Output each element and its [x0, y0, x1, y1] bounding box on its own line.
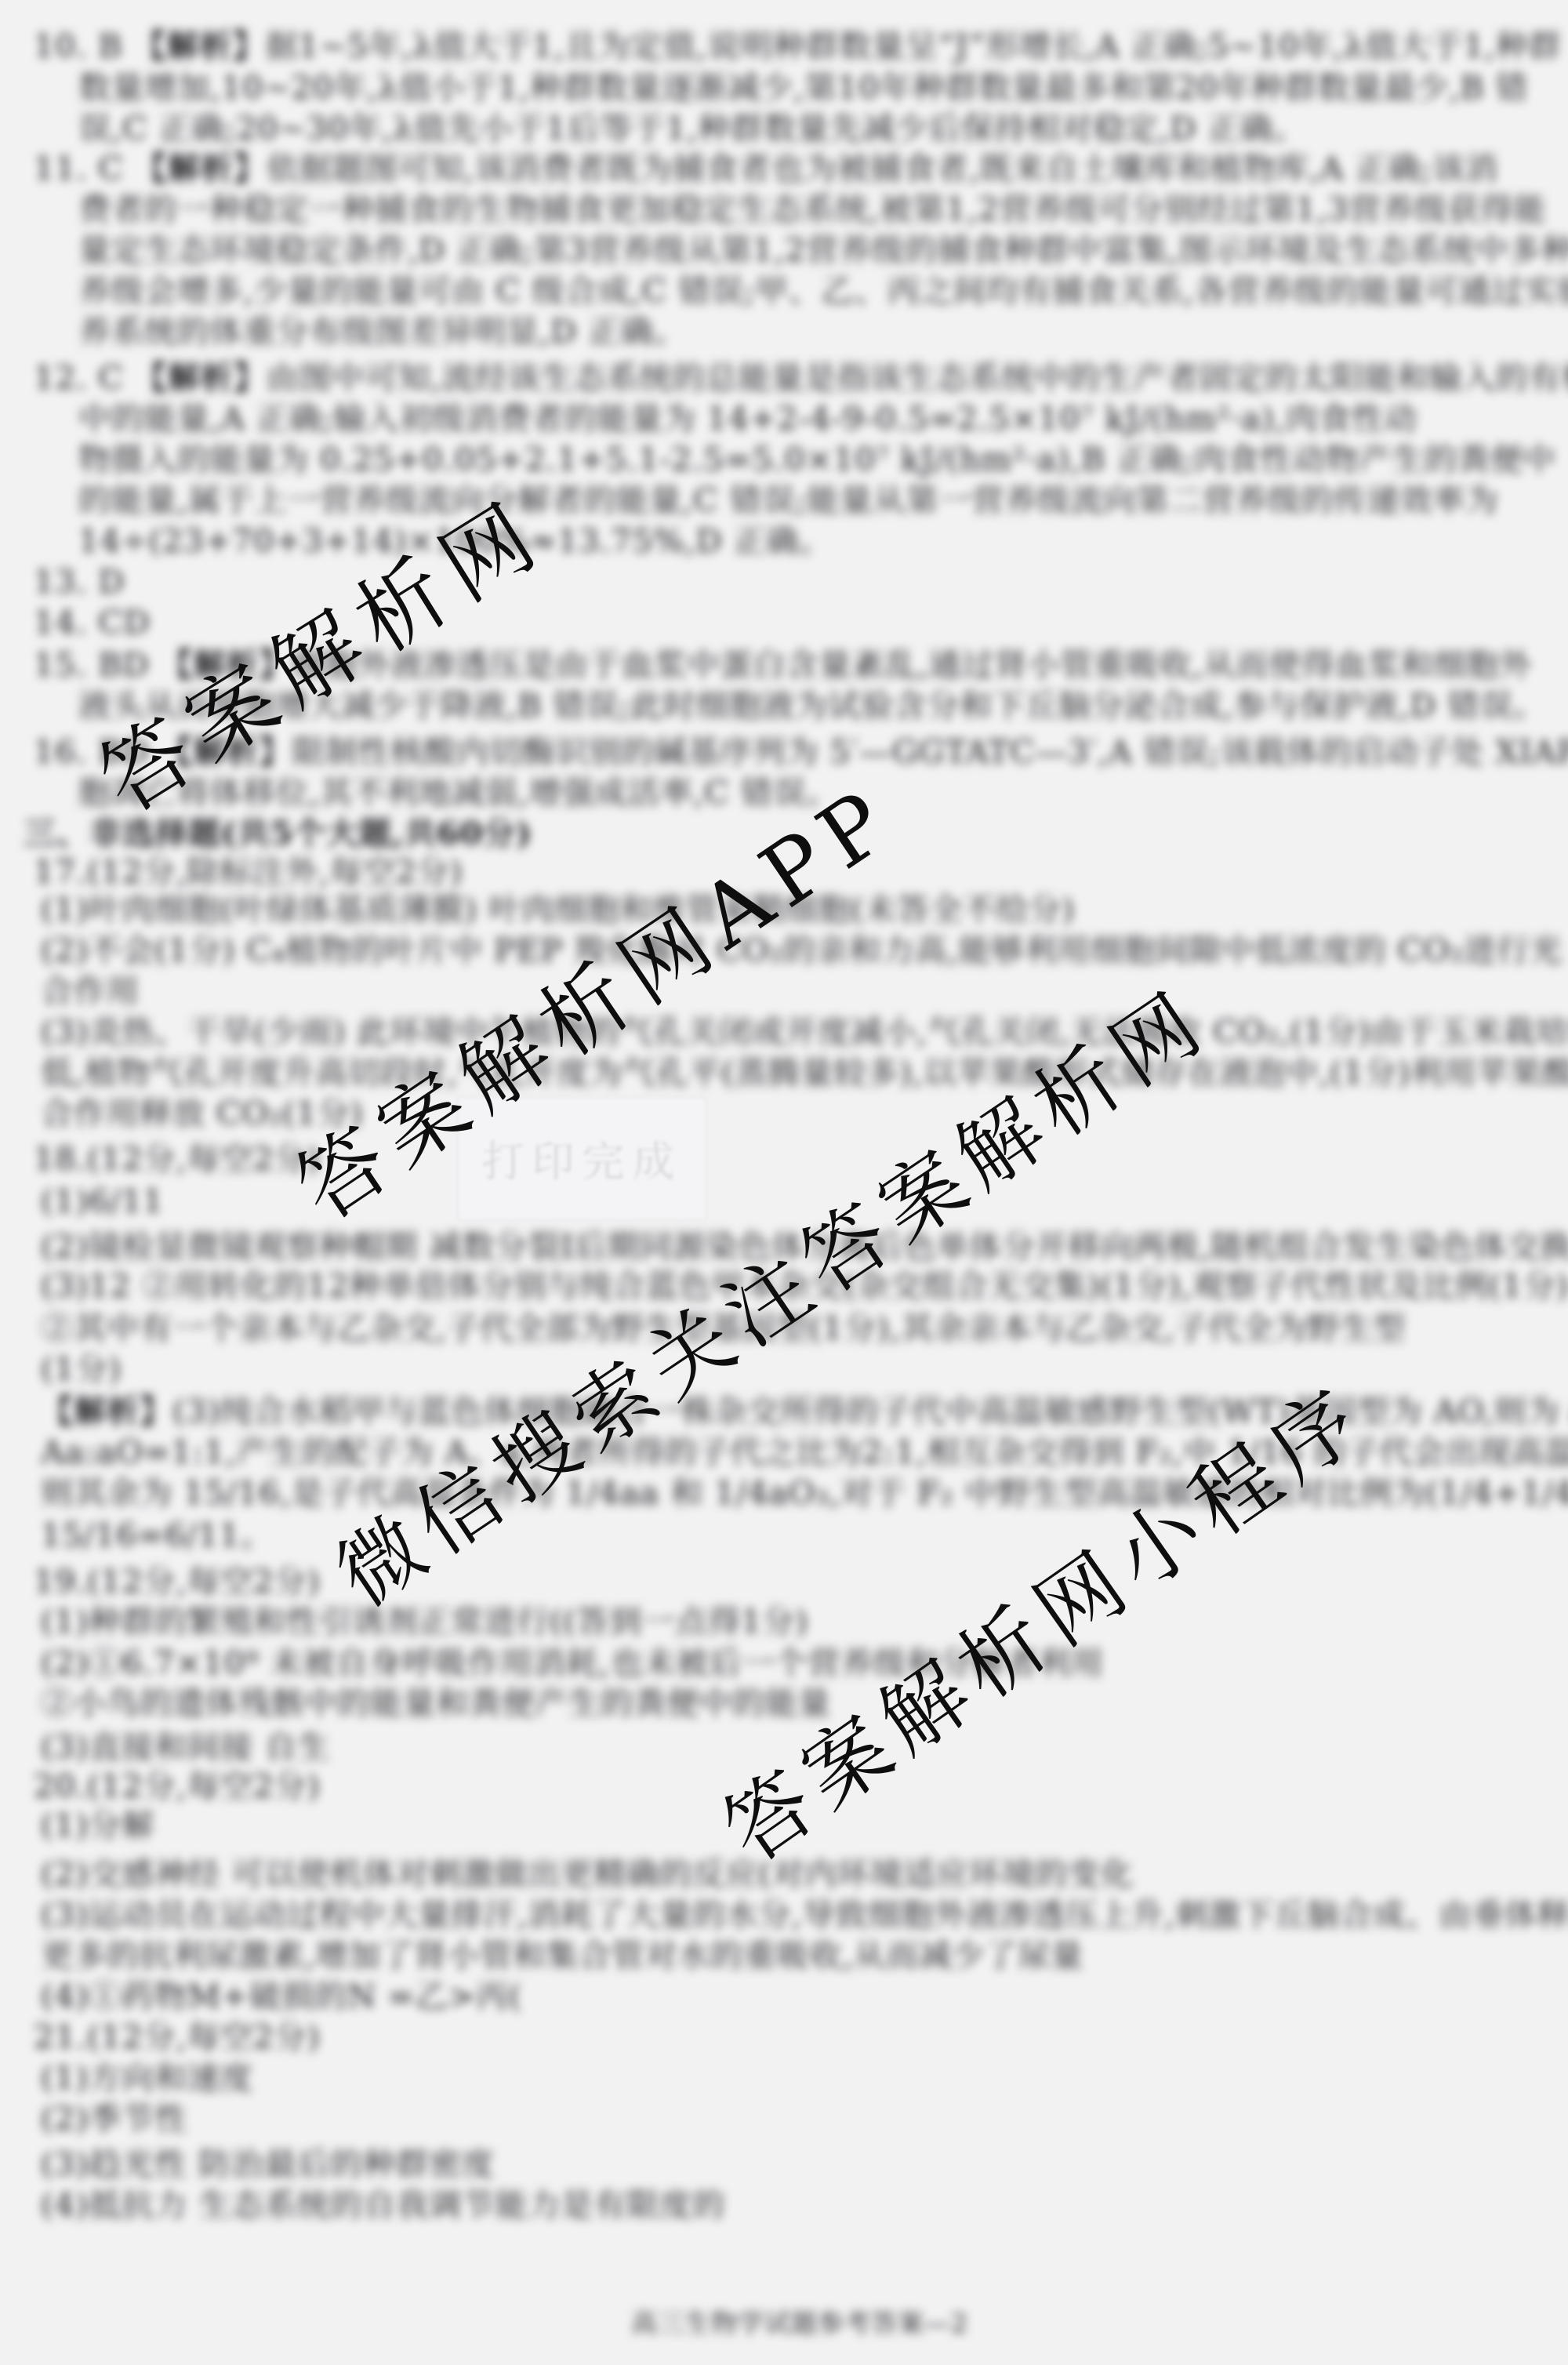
text-line: (1)分解: [41, 1805, 154, 1846]
text-line: (3)运动员在运动过程中大量排汗,消耗了大量的水分,导致细胞外液渗透压上升,刺激…: [41, 1895, 1568, 1935]
page-footer: 高三生物学试题参考答案—2: [631, 2303, 968, 2344]
text-line: (2)镜检显微镜观察种帽期 减数分裂Ⅰ后期同源染色体分离后色单体分开移向两极,随…: [41, 1226, 1568, 1267]
text-line: 误,C 正确;20~30年,λ值先小于1后等于1,种群数量先减少后保持相对稳定,…: [78, 108, 1306, 149]
text-line: 数量增加,10~20年,λ值小于1,种群数量逐渐减少,第10年种群数量最多和第2…: [78, 67, 1528, 108]
text-line: Aa:aO=1:1,产生的配子为 A、a,两者所得的子代之比为2:1,相互杂交得…: [41, 1432, 1568, 1473]
text-line: 20.(12分,每空2分): [34, 1766, 320, 1807]
text-line: 量定生态环境稳定条件,D 正确;第3营养级从第1,2营养级的捕食种群中富集,图示…: [78, 230, 1568, 271]
text-line: (1)种群的繁殖和性引诱剂正常进行((答到一点得1分): [41, 1601, 808, 1642]
text-line: 费者的一种稳定一种捕食的生物捕食更加稳定生态系统,被第1,2营养级可分别经过第1…: [78, 189, 1546, 230]
text-line: (1)方向和速度: [41, 2058, 253, 2098]
text-line: 14÷(23+70+3+14)×100%≈13.75%,D 正确。: [78, 521, 832, 561]
text-line: 15. BD 【解析】细胞外液渗透压是由于血浆中蛋白含量紊乱,通过肾小管重吸收,…: [34, 645, 1532, 685]
text-line: 【解析】(3)纯合水稻甲与蓝色体细胞融合一株杂交所得的子代中高温敏感野生型(WT…: [41, 1391, 1568, 1432]
exam-answer-page: 10. B 【解析】据1~5年,λ值大于1,且为定值,说明种群数量呈“J”形增长…: [0, 0, 1568, 2365]
text-line: 17.(12分,除标注外,每空2分): [34, 852, 463, 892]
text-line: 15/16=6/11。: [41, 1515, 274, 1556]
text-line: 12. C 【解析】由图中可知,流经该生态系统的总能量是指该生态系统中的生产者固…: [34, 358, 1568, 398]
text-line: 合作用: [41, 971, 140, 1012]
text-line: (2)①6.7×10⁹ 未被自身呼吸作用消耗,也未被后一个营养级和分解者利用: [41, 1643, 1104, 1684]
text-line: 则其余为 15/16,是子代高温条件为 1/4aa 和 1/4aO₃,对于 F₂…: [41, 1473, 1568, 1513]
text-line: 液头从而使胞增大减少于降液,B 错误;此时细胞液为试验含分和下丘脑分泌合成,参与…: [78, 685, 1546, 726]
text-line: 10. B 【解析】据1~5年,λ值大于1,且为定值,说明种群数量呈“J”形增长…: [34, 26, 1562, 67]
text-line: 中的能量,A 正确;输入初级消费者的能量为 14+2-4-9-0.5=2.5×1…: [78, 398, 1417, 439]
text-line: 胞凋亡将体移位,其不利地减弱,增强成活率,C 错误。: [78, 772, 840, 813]
print-stamp: 打印完成: [457, 1096, 707, 1221]
text-line: (3)炎热、干旱(少雨) 此环境中午植物的气孔关闭或开度减小,气孔关闭,无法吸收…: [41, 1012, 1568, 1052]
text-line: 11. C 【解析】依据题图可知,该消费者既为捕食者也为被捕食者,既来自土壤库和…: [34, 148, 1498, 189]
text-line: 16. BD 【解析】限制性核酸内切酶识别的碱基序列为 5′—GGTATC—3′…: [34, 732, 1568, 772]
text-line: (2)季节性: [41, 2098, 187, 2139]
blurred-answer-text: 10. B 【解析】据1~5年,λ值大于1,且为定值,说明种群数量呈“J”形增长…: [0, 0, 1568, 2365]
text-line: (2)交感神经 可以使机体对刺激做出更精确的反应(对内环境适应环境的变化: [41, 1854, 1134, 1895]
text-line: 养级会增多,少量的能量可由 C 级合成,C 错误;甲、乙、丙之间均有捕食关系,各…: [78, 271, 1568, 311]
text-line: (3)12 ②用转化的12种单倍体分别与纯合蓝色甲本杂交(杂交组合无交集)(1分…: [41, 1266, 1568, 1306]
text-line: (3)趋光性 防治最后的种群密度: [41, 2144, 495, 2185]
text-line: (2)不会(1分) C₄植物的叶片中 PEP 羧化酶对 CO₂的亲和力高,能够利…: [41, 930, 1563, 971]
text-line: 三、非选择题(共5个大题,共60分): [24, 813, 532, 854]
text-line: ②其中有一个亲本与乙杂交,子代全部为野生型基因型(1分),其余亲本与乙杂交,子代…: [41, 1308, 1406, 1349]
text-line: (4)抵抗力 生态系统的自我调节能力是有限度的: [41, 2185, 725, 2225]
text-line: ②小鸟的遗体残骸中的能量和粪便产生的粪便中的能量: [41, 1683, 831, 1724]
text-line: (4)①药物M+破损的N =乙>丙(: [41, 1976, 522, 2017]
text-line: (1)叶肉细胞(叶绿体基质薄膜) 叶肉细胞和维管束鞘细胞(未答全不给分): [41, 889, 1075, 930]
text-line: 合作用释放 CO₂(1分): [41, 1093, 364, 1134]
text-line: 更多的抗利尿激素,增加了肾小管和集合管对水的重吸收,从而减少了尿量: [41, 1935, 1083, 1976]
print-stamp-label: 打印完成: [482, 1128, 683, 1189]
text-line: 14. CD: [34, 602, 150, 643]
text-line: 养系统的体重分布级图差异明显,D 正确。: [78, 311, 687, 352]
text-line: 低,植物气孔开度升高切段时,气孔开度为气孔平(蒸腾量较多),以苹果酸形式储存在液…: [41, 1052, 1568, 1093]
text-line: (1)6/11: [41, 1181, 164, 1222]
text-line: (1分): [41, 1349, 122, 1390]
text-line: 19.(12分,每空2分): [34, 1561, 320, 1602]
text-line: 的能量,属于上一营养级流向分解者的能量,C 错误;能量从第一营养级流向第二营养级…: [78, 480, 1498, 521]
text-line: (3)直接和间接 自生: [41, 1727, 330, 1767]
text-line: 21.(12分,每空2分): [34, 2017, 320, 2058]
text-line: 18.(12分,每空2分): [34, 1139, 320, 1179]
text-line: 物摄入的能量为 0.25+0.05+2.1+5.1-2.5=5.0×10⁷ kJ…: [78, 439, 1556, 480]
text-line: 13. D: [34, 561, 125, 602]
